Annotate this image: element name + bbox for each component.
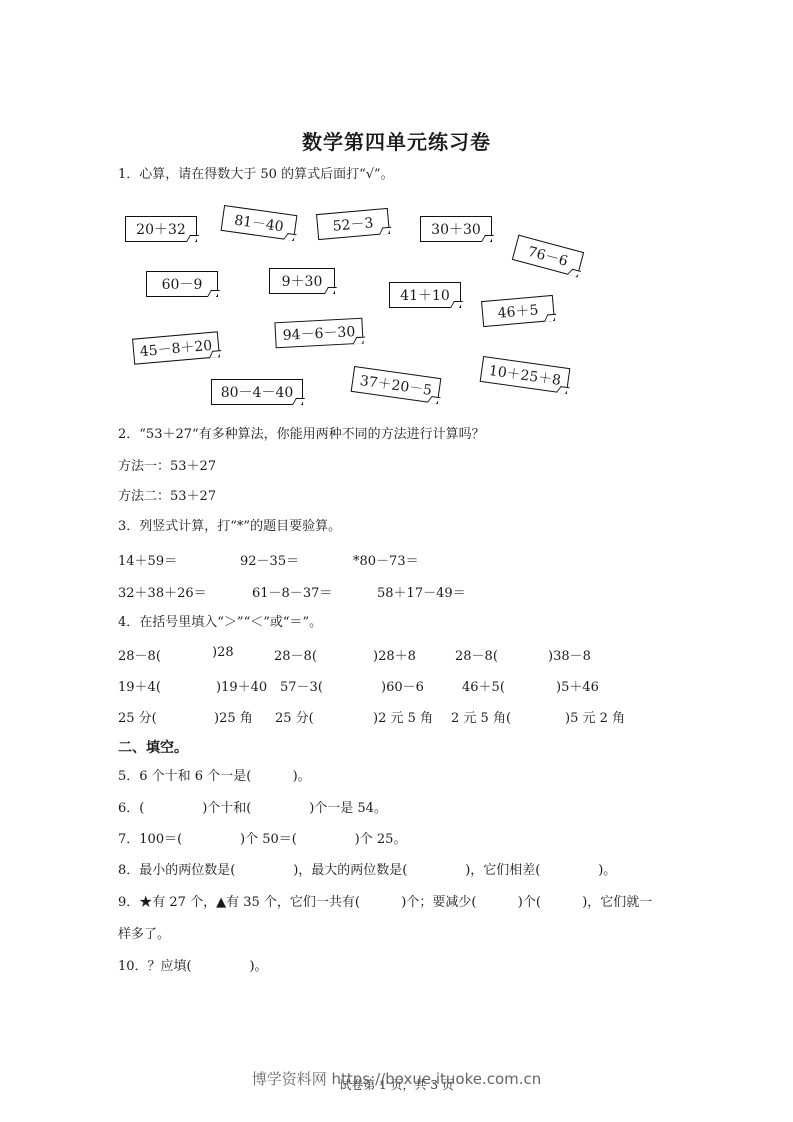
expression-card: 41＋10: [389, 282, 461, 308]
compare-left: 28－8(: [274, 645, 317, 664]
question-9-continued: 样多了。: [118, 926, 170, 944]
expression-card: 76－6: [512, 235, 584, 278]
compare-left: 57－3(: [280, 676, 323, 695]
calc-item: 58＋17－49＝: [377, 582, 466, 601]
expression-card: 37＋20－5: [351, 366, 442, 404]
expression-card: 45－8＋20: [132, 331, 220, 364]
expression-card: 60－9: [146, 271, 218, 297]
watermark: 博学资料网 https://boxue.ituoke.com.cn: [252, 1070, 542, 1088]
expression-card: 94－6－30: [274, 318, 363, 349]
question-8: 8．最小的两位数是( )，最大的两位数是( )，它们相差( )。: [118, 862, 616, 880]
question-3: 3．列竖式计算，打“*”的题目要验算。: [118, 518, 341, 536]
compare-right: )19＋40: [216, 676, 267, 695]
section-heading: 二、填空。: [118, 737, 188, 757]
compare-right: )38－8: [548, 645, 591, 664]
question-4: 4．在括号里填入“＞”“＜”或“＝”。: [118, 614, 322, 632]
compare-left: 19＋4(: [118, 676, 161, 695]
expression-card: 9＋30: [269, 268, 335, 294]
compare-right: )5 元 2 角: [565, 707, 625, 726]
calc-item: 32＋38＋26＝: [118, 582, 207, 601]
expression-card: 30＋30: [420, 216, 492, 242]
footer: 博学资料网 https://boxue.ituoke.com.cn: [0, 1068, 793, 1089]
compare-left: 28－8(: [455, 645, 498, 664]
calc-item: 92－35＝: [240, 550, 299, 569]
calc-item: *80－73＝: [353, 550, 419, 569]
compare-right: )60－6: [381, 676, 424, 695]
compare-right: )5＋46: [556, 676, 599, 695]
question-9: 9．★有 27 个，▲有 35 个，它们一共有( )个；要减少( )个( )，它…: [118, 894, 652, 912]
expression-card: 80－4－40: [211, 379, 303, 405]
method-1: 方法一：53＋27: [118, 458, 216, 476]
compare-left: 2 元 5 角(: [451, 707, 511, 726]
expression-card: 10＋25＋8: [480, 356, 571, 394]
compare-right: )2 元 5 角: [373, 707, 433, 726]
expression-card: 52－3: [316, 208, 390, 240]
compare-left: 46＋5(: [462, 676, 505, 695]
expression-card: 46＋5: [481, 295, 555, 327]
method-2: 方法二：53＋27: [118, 488, 216, 506]
question-6: 6．( )个十和( )个一是 54。: [118, 800, 387, 818]
page-title: 数学第四单元练习卷: [0, 126, 793, 155]
compare-right: )28: [212, 645, 234, 660]
question-5: 5．6 个十和 6 个一是( )。: [118, 768, 311, 786]
question-2: 2．“53＋27“有多种算法，你能用两种不同的方法进行计算吗？: [118, 426, 485, 444]
compare-right: )28＋8: [373, 645, 416, 664]
question-7: 7．100＝( )个 50＝( )个 25。: [118, 831, 406, 849]
calc-item: 61－8－37＝: [252, 582, 332, 601]
compare-left: 25 分(: [275, 707, 314, 726]
expression-card: 81－40: [221, 205, 298, 241]
question-1: 1．心算，请在得数大于 50 的算式后面打“√”。: [118, 166, 394, 184]
compare-right: )25 角: [214, 707, 253, 726]
expression-card: 20＋32: [125, 216, 197, 242]
compare-left: 25 分(: [118, 707, 157, 726]
compare-left: 28－8(: [118, 645, 161, 664]
question-10: 10．？应填( )。: [118, 958, 268, 976]
calc-item: 14＋59＝: [118, 550, 177, 569]
